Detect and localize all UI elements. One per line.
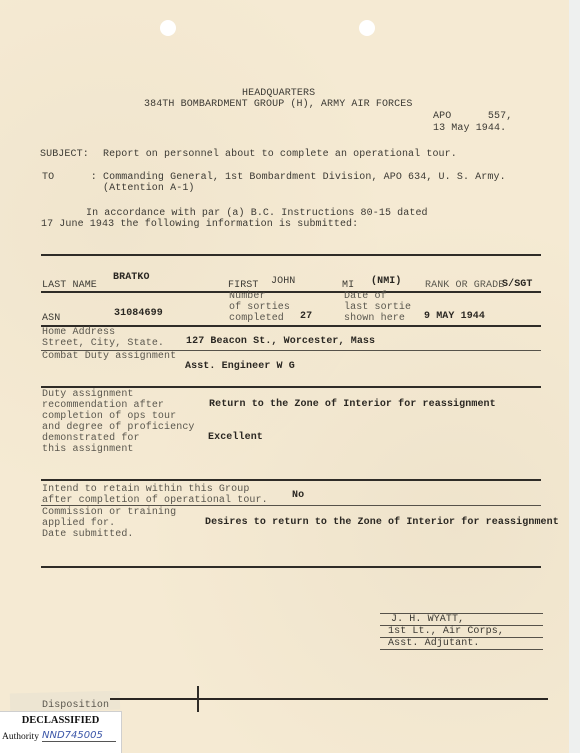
sig-rule-4 bbox=[380, 649, 543, 650]
duty-label-4: and degree of proficiency bbox=[42, 422, 195, 433]
header-apo: APO 557, bbox=[433, 111, 512, 122]
row2-rule bbox=[41, 325, 541, 327]
declassified-title: DECLASSIFIED bbox=[0, 715, 121, 726]
mi-label: MI bbox=[342, 280, 354, 291]
first-name-label: FIRST bbox=[228, 280, 259, 291]
mi-value: (NMI) bbox=[371, 276, 402, 287]
signature-name: J. H. WYATT, bbox=[391, 614, 464, 625]
row6-rule bbox=[41, 505, 541, 506]
commission-label-1: Commission or training bbox=[42, 507, 176, 518]
to-line-1: Commanding General, 1st Bombardment Divi… bbox=[103, 172, 506, 183]
asn-label: ASN bbox=[42, 313, 60, 324]
asn-value: 31084699 bbox=[114, 308, 163, 319]
disposition-mark bbox=[197, 686, 199, 712]
row7-rule bbox=[41, 566, 541, 568]
authority-label: Authority bbox=[2, 732, 39, 742]
commission-label-3: Date submitted. bbox=[42, 529, 134, 540]
last-sortie-label-2: last sortie bbox=[344, 302, 411, 313]
home-address-label-2: Street, City, State. bbox=[42, 338, 164, 349]
commission-value: Desires to return to the Zone of Interio… bbox=[205, 517, 559, 528]
row4-rule bbox=[41, 386, 541, 388]
punch-hole-left bbox=[160, 20, 176, 36]
duty-recommendation-value: Return to the Zone of Interior for reass… bbox=[209, 399, 496, 410]
intro-line-2: 17 June 1943 the following information i… bbox=[41, 219, 358, 230]
retain-label-1: Intend to retain within this Group bbox=[42, 484, 249, 495]
signature-title: Asst. Adjutant. bbox=[388, 638, 480, 649]
punch-hole-right bbox=[359, 20, 375, 36]
sorties-label-2: of sorties bbox=[229, 302, 290, 313]
first-name-value: JOHN bbox=[271, 276, 295, 287]
sorties-label-3: completed bbox=[229, 313, 284, 324]
intro-line-1: In accordance with par (a) B.C. Instruct… bbox=[86, 208, 428, 219]
subject-label: SUBJECT: bbox=[40, 149, 89, 160]
combat-duty-value: Asst. Engineer W G bbox=[185, 361, 295, 372]
signature-rank: 1st Lt., Air Corps, bbox=[388, 626, 504, 637]
to-line-2: (Attention A-1) bbox=[103, 183, 195, 194]
document-page: HEADQUARTERS 384TH BOMBARDMENT GROUP (H)… bbox=[0, 0, 569, 753]
last-name-label: LAST NAME bbox=[42, 280, 97, 291]
rank-label: RANK OR GRADE bbox=[425, 280, 504, 291]
authority-value: NND745005 bbox=[42, 730, 116, 742]
form-rule-top bbox=[41, 254, 541, 256]
header-unit: 384TH BOMBARDMENT GROUP (H), ARMY AIR FO… bbox=[144, 99, 412, 110]
last-name-value: BRATKO bbox=[113, 272, 150, 283]
proficiency-value: Excellent bbox=[208, 432, 263, 443]
header-date: 13 May 1944. bbox=[433, 123, 506, 134]
last-sortie-value: 9 MAY 1944 bbox=[424, 311, 485, 322]
duty-label-6: this assignment bbox=[42, 444, 134, 455]
header-headquarters: HEADQUARTERS bbox=[242, 88, 315, 99]
home-address-value: 127 Beacon St., Worcester, Mass bbox=[186, 336, 375, 347]
duty-label-1: Duty assignment bbox=[42, 389, 134, 400]
disposition-rule bbox=[110, 698, 548, 700]
retain-value: No bbox=[292, 490, 304, 501]
rank-value: S/SGT bbox=[502, 279, 533, 290]
to-label: TO : bbox=[42, 172, 97, 183]
combat-duty-label: Combat Duty assignment bbox=[42, 351, 176, 362]
sorties-value: 27 bbox=[300, 311, 312, 322]
last-sortie-label-1: Date of bbox=[344, 291, 387, 302]
declassified-stamp: DECLASSIFIED Authority NND745005 bbox=[0, 711, 122, 753]
duty-label-2: recommendation after bbox=[42, 400, 164, 411]
home-address-label-1: Home Address bbox=[42, 327, 115, 338]
subject-text: Report on personnel about to complete an… bbox=[103, 149, 457, 160]
sorties-label-1: Number bbox=[229, 291, 266, 302]
duty-label-3: completion of ops tour bbox=[42, 411, 176, 422]
row1-rule bbox=[41, 291, 541, 293]
last-sortie-label-3: shown here bbox=[344, 313, 405, 324]
duty-label-5: demonstrated for bbox=[42, 433, 140, 444]
commission-label-2: applied for. bbox=[42, 518, 115, 529]
disposition-label: Disposition bbox=[42, 700, 109, 711]
row5-rule bbox=[41, 479, 541, 481]
